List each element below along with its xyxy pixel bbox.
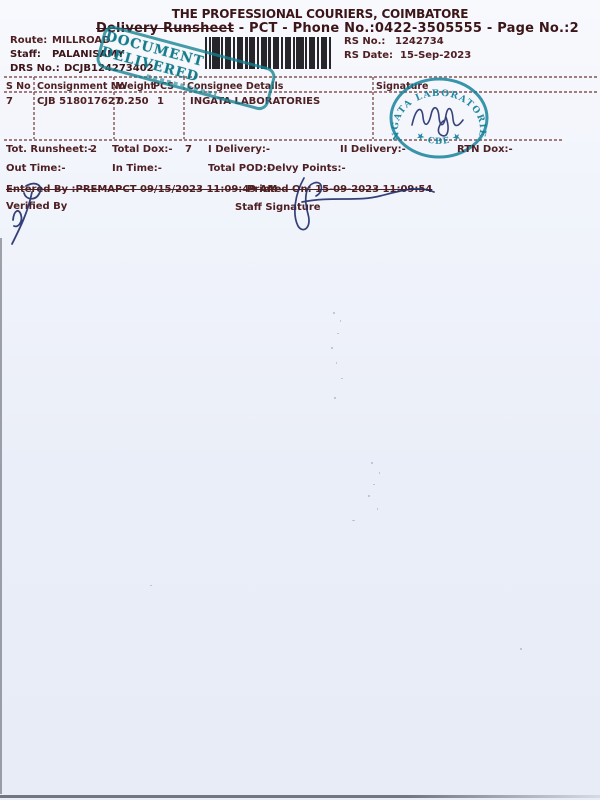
col-header-consignment-no: Consignment No [37, 81, 125, 92]
rs-date-label: RS Date: [344, 50, 393, 61]
rtn-dox-label: RTN Dox:- [457, 144, 513, 155]
tot-runsheet-value: 2 [90, 144, 97, 155]
table-col-divider [372, 77, 374, 139]
scan-speckle [333, 312, 335, 314]
rs-date-value: 15-Sep-2023 [400, 50, 471, 61]
row-weight: 0.250 [117, 96, 149, 107]
scan-speckle [373, 484, 375, 485]
scan-speckle [352, 520, 355, 521]
total-dox-label: Total Dox:- [112, 144, 173, 155]
row-pcs: 1 [157, 96, 164, 107]
rs-no-value: 1242734 [395, 36, 444, 47]
verified-by-signature [2, 178, 87, 248]
table-col-divider [33, 77, 35, 139]
scan-speckle [341, 378, 343, 379]
ii-delivery-label: II Delivery:- [340, 144, 406, 155]
scan-left-edge-artifact [0, 238, 2, 794]
scan-speckle [368, 495, 370, 497]
in-time-label: In Time:- [112, 163, 162, 174]
scan-speckle [331, 347, 333, 349]
i-delivery-label: I Delivery:- [208, 144, 270, 155]
row-s-no: 7 [6, 96, 13, 107]
scanned-delivery-runsheet: THE PROFESSIONAL COURIERS, COIMBATORE De… [0, 0, 600, 800]
subtitle-phone-page-text: - PCT - Phone No.:0422-3505555 - Page No… [234, 21, 579, 36]
page-subtitle: Delivery Runsheet - PCT - Phone No.:0422… [96, 21, 579, 36]
scan-speckle [337, 333, 339, 334]
scan-speckle [334, 397, 336, 399]
scan-speckle [150, 585, 152, 586]
scan-speckle [336, 362, 337, 364]
scan-speckle [371, 462, 373, 464]
rs-no-label: RS No.: [344, 36, 385, 47]
staff-label: Staff: [10, 49, 41, 60]
tot-runsheet-label: Tot. Runsheet:- [6, 144, 92, 155]
drs-no-label: DRS No.: [10, 63, 60, 74]
out-time-label: Out Time:- [6, 163, 65, 174]
scan-speckle [377, 508, 378, 510]
scan-bottom-edge-artifact [0, 795, 600, 798]
row-consignment-no: CJB 518017627 [37, 96, 122, 107]
table-top-rule [4, 76, 597, 78]
col-header-weight: Weight [117, 81, 155, 92]
staff-signature-scrawl [262, 172, 440, 234]
scan-speckle [520, 648, 522, 650]
total-dox-value: 7 [185, 144, 192, 155]
page-title: THE PROFESSIONAL COURIERS, COIMBATORE [20, 7, 600, 21]
scan-speckle [340, 320, 341, 322]
scan-speckle [379, 472, 380, 474]
route-label: Route: [10, 35, 47, 46]
col-header-s-no: S No [6, 81, 31, 92]
